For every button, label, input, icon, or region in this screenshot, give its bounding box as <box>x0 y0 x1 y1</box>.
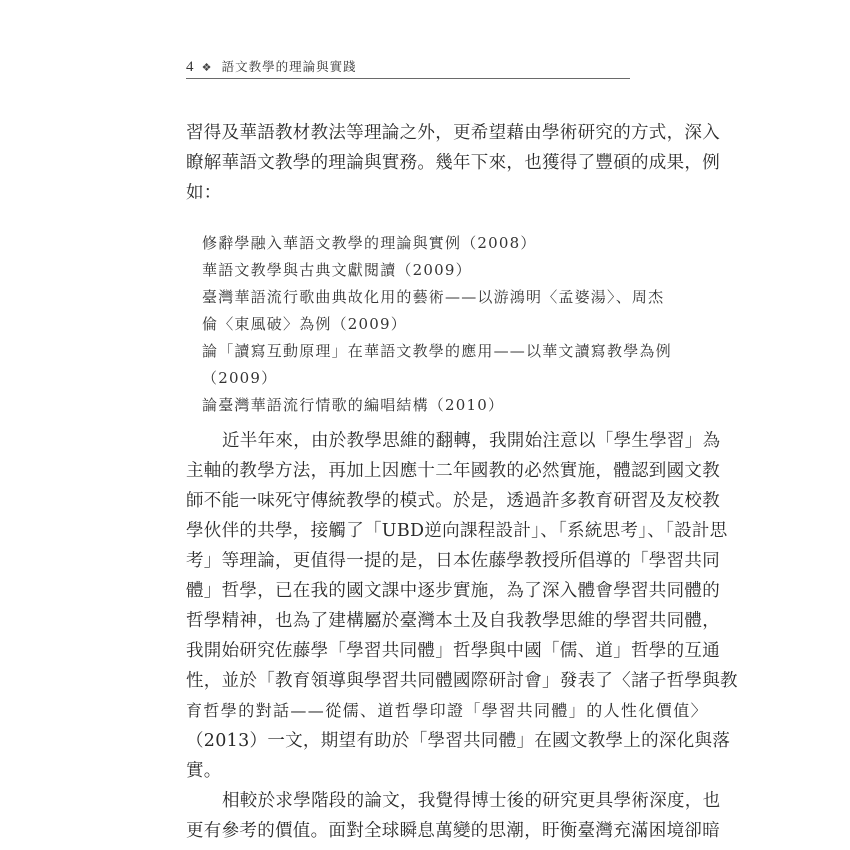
page-number: 4 <box>186 59 194 75</box>
publication-item: 論「讀寫互動原理」在華語文教學的應用——以華文讀寫教學為例 <box>202 338 662 365</box>
text-line: 我開始研究佐藤學「學習共同體」哲學與中國「儒、道」哲學的互通 <box>186 636 660 666</box>
ornament-diamond-icon: ❖ <box>202 61 212 74</box>
book-title: 語文教學的理論與實踐 <box>222 59 357 74</box>
publication-item: 修辭學融入華語文教學的理論與實例（2008） <box>202 230 662 257</box>
text-line: 育哲學的對話——從儒、道哲學印證「學習共同體」的人性化價值〉 <box>186 696 660 726</box>
running-head: 4 ❖ 語文教學的理論與實踐 <box>186 58 630 79</box>
publication-item: 華語文教學與古典文獻閱讀（2009） <box>202 257 662 284</box>
text-line: 實。 <box>186 756 660 786</box>
text-line: 考」等理論，更值得一提的是，日本佐藤學教授所倡導的「學習共同 <box>186 546 660 576</box>
text-line: 性，並於「教育領導與學習共同體國際研討會」發表了〈諸子哲學與教 <box>186 666 660 696</box>
text-line: 如： <box>186 178 660 208</box>
text-line: 習得及華語教材教法等理論之外，更希望藉由學術研究的方式，深入 <box>186 118 660 148</box>
text-line: 主軸的教學方法，再加上因應十二年國教的必然實施，體認到國文教 <box>186 456 660 486</box>
text-line: 相較於求學階段的論文，我覺得博士後的研究更具學術深度，也 <box>186 786 660 816</box>
publication-item: 臺灣華語流行歌曲典故化用的藝術——以游鴻明〈孟婆湯〉、周杰 <box>202 284 662 311</box>
paragraph-learning-community: 近半年來，由於教學思維的翻轉，我開始注意以「學生學習」為 主軸的教學方法，再加上… <box>186 426 660 846</box>
publication-item-continued: （2009） <box>202 365 662 392</box>
text-line: 哲學精神，也為了建構屬於臺灣本土及自我教學思維的學習共同體， <box>186 606 660 636</box>
text-line: 更有參考的價值。面對全球瞬息萬變的思潮，盱衡臺灣充滿困境卻暗 <box>186 816 660 846</box>
text-line: 學伙伴的共學，接觸了「UBD逆向課程設計」、「系統思考」、「設計思 <box>186 516 660 546</box>
publication-item-continued: 倫〈東風破〉為例（2009） <box>202 311 662 338</box>
text-line: 師不能一味死守傳統教學的模式。於是，透過許多教育研習及友校教 <box>186 486 660 516</box>
text-line: 體」哲學，已在我的國文課中逐步實施，為了深入體會學習共同體的 <box>186 576 660 606</box>
publication-list: 修辭學融入華語文教學的理論與實例（2008） 華語文教學與古典文獻閱讀（2009… <box>202 230 662 419</box>
paragraph-intro: 習得及華語教材教法等理論之外，更希望藉由學術研究的方式，深入 瞭解華語文教學的理… <box>186 118 660 208</box>
text-line: （2013）一文，期望有助於「學習共同體」在國文教學上的深化與落 <box>186 726 660 756</box>
text-line: 瞭解華語文教學的理論與實務。幾年下來，也獲得了豐碩的成果，例 <box>186 148 660 178</box>
publication-item: 論臺灣華語流行情歌的編唱結構（2010） <box>202 392 662 419</box>
text-line: 近半年來，由於教學思維的翻轉，我開始注意以「學生學習」為 <box>186 426 660 456</box>
